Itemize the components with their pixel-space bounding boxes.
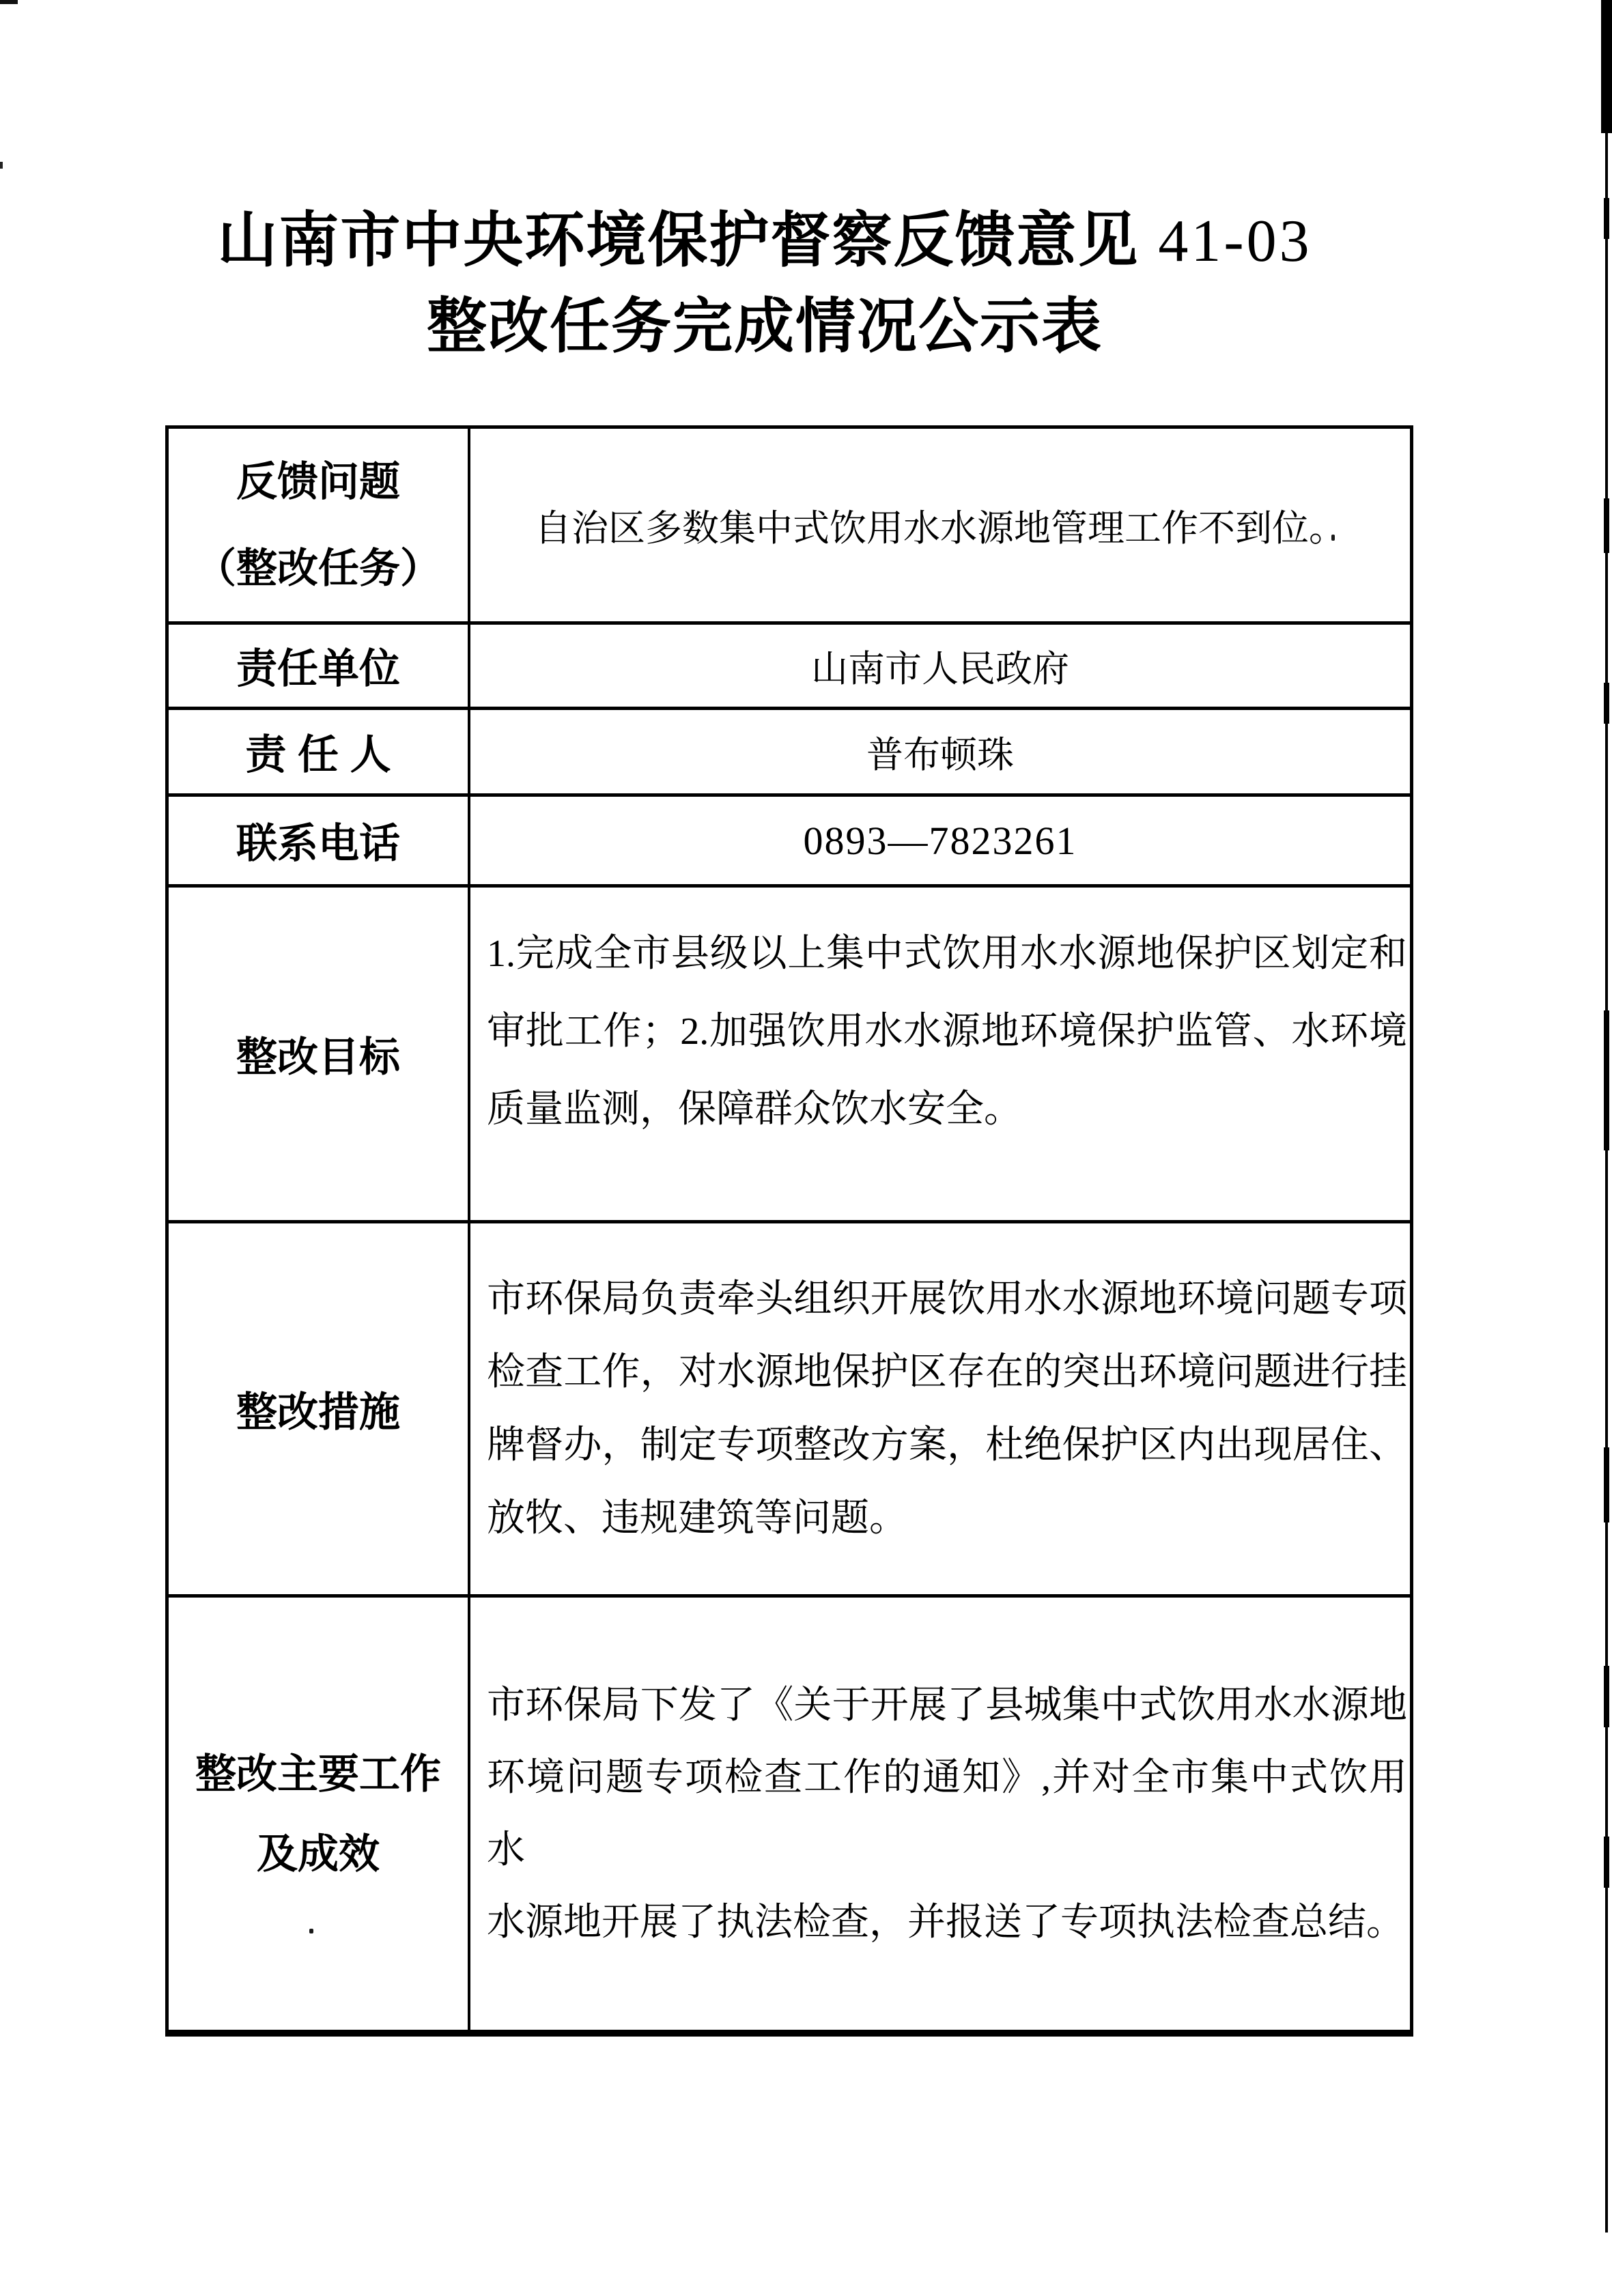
scan-left-speck — [0, 162, 3, 169]
label-line: （整改任务） — [195, 525, 441, 612]
title-line-2: 整改任务完成情况公示表 — [0, 284, 1529, 369]
row-label: 责任单位 — [169, 625, 470, 707]
scan-edge-blob — [1604, 198, 1609, 239]
table-row-feedback-problem: 反馈问题 （整改任务） 自治区多数集中式饮用水水源地管理工作不到位。 — [169, 429, 1410, 625]
row-value: 市环保局负责牵头组织开展饮用水水源地环境问题专项 检查工作，对水源地保护区存在的… — [470, 1223, 1410, 1594]
scan-edge-blob — [1604, 498, 1609, 553]
row-value: 普布顿珠 — [470, 710, 1410, 793]
text-line: 审批工作；2.加强饮用水水源地环境保护监管、水环境 — [487, 993, 1407, 1071]
title-line-1: 山南市中央环境保护督察反馈意见41-03 — [0, 198, 1529, 284]
text-line: 质量监测，保障群众饮水安全。 — [487, 1071, 1407, 1148]
row-label: 责 任 人 — [169, 710, 470, 793]
title-text: 山南市中央环境保护督察反馈意见 — [217, 206, 1139, 274]
table-row-rectification-goal: 整改目标 1.完成全市县级以上集中式饮用水水源地保护区划定和 审批工作；2.加强… — [169, 888, 1410, 1223]
row-value: 自治区多数集中式饮用水水源地管理工作不到位。 — [470, 429, 1410, 621]
table-row-main-work-results: 整改主要工作 及成效 市环保局下发了《关于开展了县城集中式饮用水水源地 环境问题… — [169, 1598, 1410, 2030]
label-line: 反馈问题 — [236, 438, 400, 525]
text-line: 市环保局下发了《关于开展了县城集中式饮用水水源地 — [487, 1669, 1407, 1742]
text-line: 环境问题专项检查工作的通知》,并对全市集中式饮用水 — [487, 1742, 1407, 1886]
text-line: 水源地开展了执法检查，并报送了专项执法检查总结。 — [487, 1886, 1407, 1959]
text-line: 市环保局负责牵头组织开展饮用水水源地环境问题专项 — [487, 1263, 1407, 1336]
rectification-table: 反馈问题 （整改任务） 自治区多数集中式饮用水水源地管理工作不到位。 责任单位 … — [165, 425, 1413, 2037]
row-value: 1.完成全市县级以上集中式饮用水水源地保护区划定和 审批工作；2.加强饮用水水源… — [470, 888, 1410, 1220]
scan-edge-blob — [1604, 683, 1609, 724]
text-line: 检查工作，对水源地保护区存在的突出环境问题进行挂 — [487, 1336, 1407, 1409]
document-page: 山南市中央环境保护督察反馈意见41-03 整改任务完成情况公示表 反馈问题 （整… — [0, 0, 1612, 2296]
row-value-phone-number: 0893—7823261 — [470, 797, 1410, 884]
row-label: 整改措施 — [169, 1223, 470, 1594]
table-row-rectification-measures: 整改措施 市环保局负责牵头组织开展饮用水水源地环境问题专项 检查工作，对水源地保… — [169, 1223, 1410, 1598]
text-line: 牌督办，制定专项整改方案，杜绝保护区内出现居住、 — [487, 1409, 1407, 1482]
row-value: 市环保局下发了《关于开展了县城集中式饮用水水源地 环境问题专项检查工作的通知》,… — [470, 1598, 1410, 2030]
table-row-contact-phone: 联系电话 0893—7823261 — [169, 797, 1410, 888]
scan-edge-blob — [1604, 1837, 1609, 1888]
row-label: 联系电话 — [169, 797, 470, 884]
label-line: 整改主要工作 — [195, 1734, 441, 1814]
row-label: 整改主要工作 及成效 — [169, 1598, 470, 2030]
row-label: 整改目标 — [169, 888, 470, 1220]
scan-right-edge-top-bar — [1601, 0, 1612, 133]
row-label: 反馈问题 （整改任务） — [169, 429, 470, 621]
document-title: 山南市中央环境保护督察反馈意见41-03 整改任务完成情况公示表 — [0, 198, 1529, 369]
label-line: 及成效 — [257, 1814, 380, 1894]
scan-edge-blob — [1604, 1447, 1609, 1522]
title-document-number: 41-03 — [1158, 208, 1312, 274]
text-line: 1.完成全市县级以上集中式饮用水水源地保护区划定和 — [487, 915, 1407, 993]
row-value: 山南市人民政府 — [470, 625, 1410, 707]
text-line: 放牧、违规建筑等问题。 — [487, 1482, 1407, 1555]
table-row-responsible-person: 责 任 人 普布顿珠 — [169, 710, 1410, 797]
scan-edge-blob — [1604, 1010, 1609, 1150]
table-row-responsible-unit: 责任单位 山南市人民政府 — [169, 625, 1410, 710]
scan-edge-blob — [1604, 1666, 1609, 1727]
scan-corner-mark — [0, 0, 18, 4]
